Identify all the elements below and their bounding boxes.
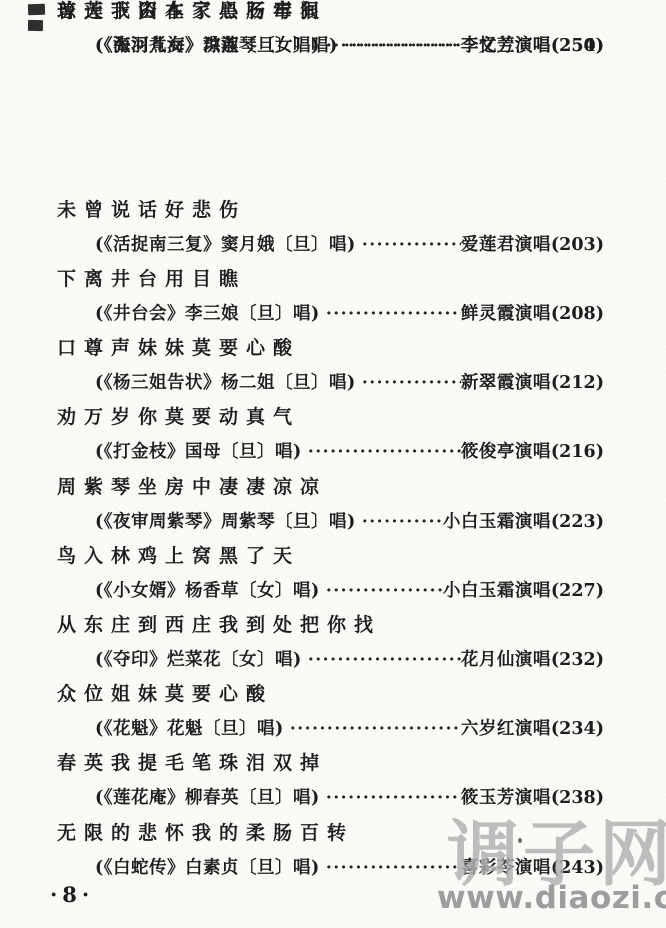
- performer-label: 喜彩苓演唱: [461, 858, 551, 879]
- detail-line: (《张羽煮海》琼莲〔旦〕唱) ·························…: [95, 36, 604, 57]
- page-number: (234): [551, 719, 604, 740]
- dot-leader: ········································…: [356, 373, 461, 394]
- detail-line: (《莲花庵》柳春英〔旦〕唱) ·························…: [95, 788, 604, 809]
- page-number: (254): [551, 36, 604, 57]
- lyric-line: 琼莲我囚在了黑石牢间: [57, 0, 666, 22]
- detail-line: (《夺印》烂菜花〔女〕唱) ··························…: [95, 650, 604, 671]
- source-label: (《白蛇传》白素贞〔旦〕唱): [95, 858, 320, 879]
- source-label: (《张羽煮海》琼莲〔旦〕唱): [95, 36, 320, 57]
- lyric-line: 口尊声妹妹莫要心酸: [57, 337, 666, 359]
- toc-entry: 春英我提毛笔珠泪双掉 (《莲花庵》柳春英〔旦〕唱) ··············…: [0, 752, 666, 809]
- watermark-site-url: www.diaozi.com: [437, 880, 666, 916]
- source-label: (《活捉南三复》窦月娥〔旦〕唱): [95, 235, 356, 256]
- page-number: (243): [551, 858, 604, 879]
- detail-line: (《夜审周紫琴》周紫琴〔旦〕唱) ·······················…: [95, 512, 604, 533]
- page-number: (232): [551, 650, 604, 671]
- page-number: (227): [551, 581, 604, 602]
- detail-line: (《打金枝》国母〔旦〕唱) ··························…: [95, 442, 604, 463]
- lyric-line: 无限的悲怀我的柔肠百转: [57, 822, 666, 844]
- dot-leader: ········································…: [356, 235, 461, 256]
- performer-label: 小白玉霜演唱: [443, 512, 551, 533]
- page-number: (238): [551, 788, 604, 809]
- toc-entry: 周紫琴坐房中凄凄凉凉 (《夜审周紫琴》周紫琴〔旦〕唱) ············…: [0, 476, 666, 533]
- performer-label: 新翠霞演唱: [461, 373, 551, 394]
- toc-entry: 从东庄到西庄我到处把你找 (《夺印》烂菜花〔女〕唱) ·············…: [0, 614, 666, 671]
- page-number: (203): [551, 235, 604, 256]
- detail-line: (《杨三姐告状》杨二姐〔旦〕唱) ·······················…: [95, 373, 604, 394]
- page-number: (208): [551, 304, 604, 325]
- toc-entry: 未曾说话好悲伤 (《活捉南三复》窦月娥〔旦〕唱) ···············…: [0, 199, 666, 256]
- dot-leader: ········································…: [302, 442, 461, 463]
- dot-leader: ········································…: [320, 304, 461, 325]
- performer-label: 花月仙演唱: [461, 650, 551, 671]
- toc-entry: 劝万岁你莫要动真气 (《打金枝》国母〔旦〕唱) ················…: [0, 406, 666, 463]
- page-number: (223): [551, 512, 604, 533]
- lyric-line: 下离井台用目瞧: [57, 268, 666, 290]
- toc-entry: 众位姐妹莫要心酸 (《花魁》花魁〔旦〕唱) ··················…: [0, 683, 666, 740]
- source-label: (《夺印》烂菜花〔女〕唱): [95, 650, 302, 671]
- detail-line: (《井台会》李三娘〔旦〕唱) ·························…: [95, 304, 604, 325]
- page-number: (216): [551, 442, 604, 463]
- detail-line: (《花魁》花魁〔旦〕唱) ···························…: [95, 719, 604, 740]
- detail-line: (《活捉南三复》窦月娥〔旦〕唱) ·······················…: [95, 235, 604, 256]
- lyric-line: 未曾说话好悲伤: [57, 199, 666, 221]
- source-label: (《井台会》李三娘〔旦〕唱): [95, 304, 320, 325]
- dot-leader: ········································…: [320, 788, 461, 809]
- source-label: (《小女婿》杨香草〔女〕唱): [95, 581, 320, 602]
- dot-leader: ········································…: [320, 858, 461, 879]
- performer-label: 筱俊亭演唱: [461, 442, 551, 463]
- scan-artifact-dot: [518, 838, 522, 843]
- toc-entry: 琼莲我囚在了黑石牢间 (《张羽煮海》琼莲〔旦〕唱) ··············…: [0, 0, 666, 57]
- source-label: (《夜审周紫琴》周紫琴〔旦〕唱): [95, 512, 356, 533]
- detail-line: (《小女婿》杨香草〔女〕唱) ·························…: [95, 581, 604, 602]
- performer-label: 鲜灵霞演唱: [461, 304, 551, 325]
- performer-label: 筱玉芳演唱: [461, 788, 551, 809]
- lyric-line: 春英我提毛笔珠泪双掉: [57, 752, 666, 774]
- lyric-line: 从东庄到西庄我到处把你找: [57, 614, 666, 636]
- performer-label: 小白玉霜演唱: [443, 581, 551, 602]
- source-label: (《花魁》花魁〔旦〕唱): [95, 719, 284, 740]
- dot-leader: ········································…: [320, 581, 443, 602]
- dot-leader: ········································…: [356, 512, 443, 533]
- toc-entry: 口尊声妹妹莫要心酸 (《杨三姐告状》杨二姐〔旦〕唱) ·············…: [0, 337, 666, 394]
- page-number: (212): [551, 373, 604, 394]
- detail-line: (《白蛇传》白素贞〔旦〕唱) ·························…: [95, 858, 604, 879]
- source-label: (《打金枝》国母〔旦〕唱): [95, 442, 302, 463]
- toc-entry: 鸟入林鸡上窝黑了天 (《小女婿》杨香草〔女〕唱) ···············…: [0, 545, 666, 602]
- performer-label: 李忆兰演唱: [461, 36, 551, 57]
- footer-page-number: ·8·: [50, 882, 94, 907]
- dot-leader: ········································…: [302, 650, 461, 671]
- lyric-line: 周紫琴坐房中凄凄凉凉: [57, 476, 666, 498]
- source-label: (《莲花庵》柳春英〔旦〕唱): [95, 788, 320, 809]
- toc-entry: 下离井台用目瞧 (《井台会》李三娘〔旦〕唱) ·················…: [0, 268, 666, 325]
- lyric-line: 鸟入林鸡上窝黑了天: [57, 545, 666, 567]
- toc-page: 未曾说话好悲伤 (《活捉南三复》窦月娥〔旦〕唱) ···············…: [0, 0, 666, 928]
- performer-label: 爱莲君演唱: [461, 235, 551, 256]
- lyric-line: 众位姐妹莫要心酸: [57, 683, 666, 705]
- performer-label: 六岁红演唱: [461, 719, 551, 740]
- dot-leader: ········································…: [284, 719, 461, 740]
- dot-leader: ········································…: [320, 36, 461, 57]
- lyric-line: 劝万岁你莫要动真气: [57, 406, 666, 428]
- source-label: (《杨三姐告状》杨二姐〔旦〕唱): [95, 373, 356, 394]
- toc-entry: 无限的悲怀我的柔肠百转 (《白蛇传》白素贞〔旦〕唱) ·············…: [0, 822, 666, 879]
